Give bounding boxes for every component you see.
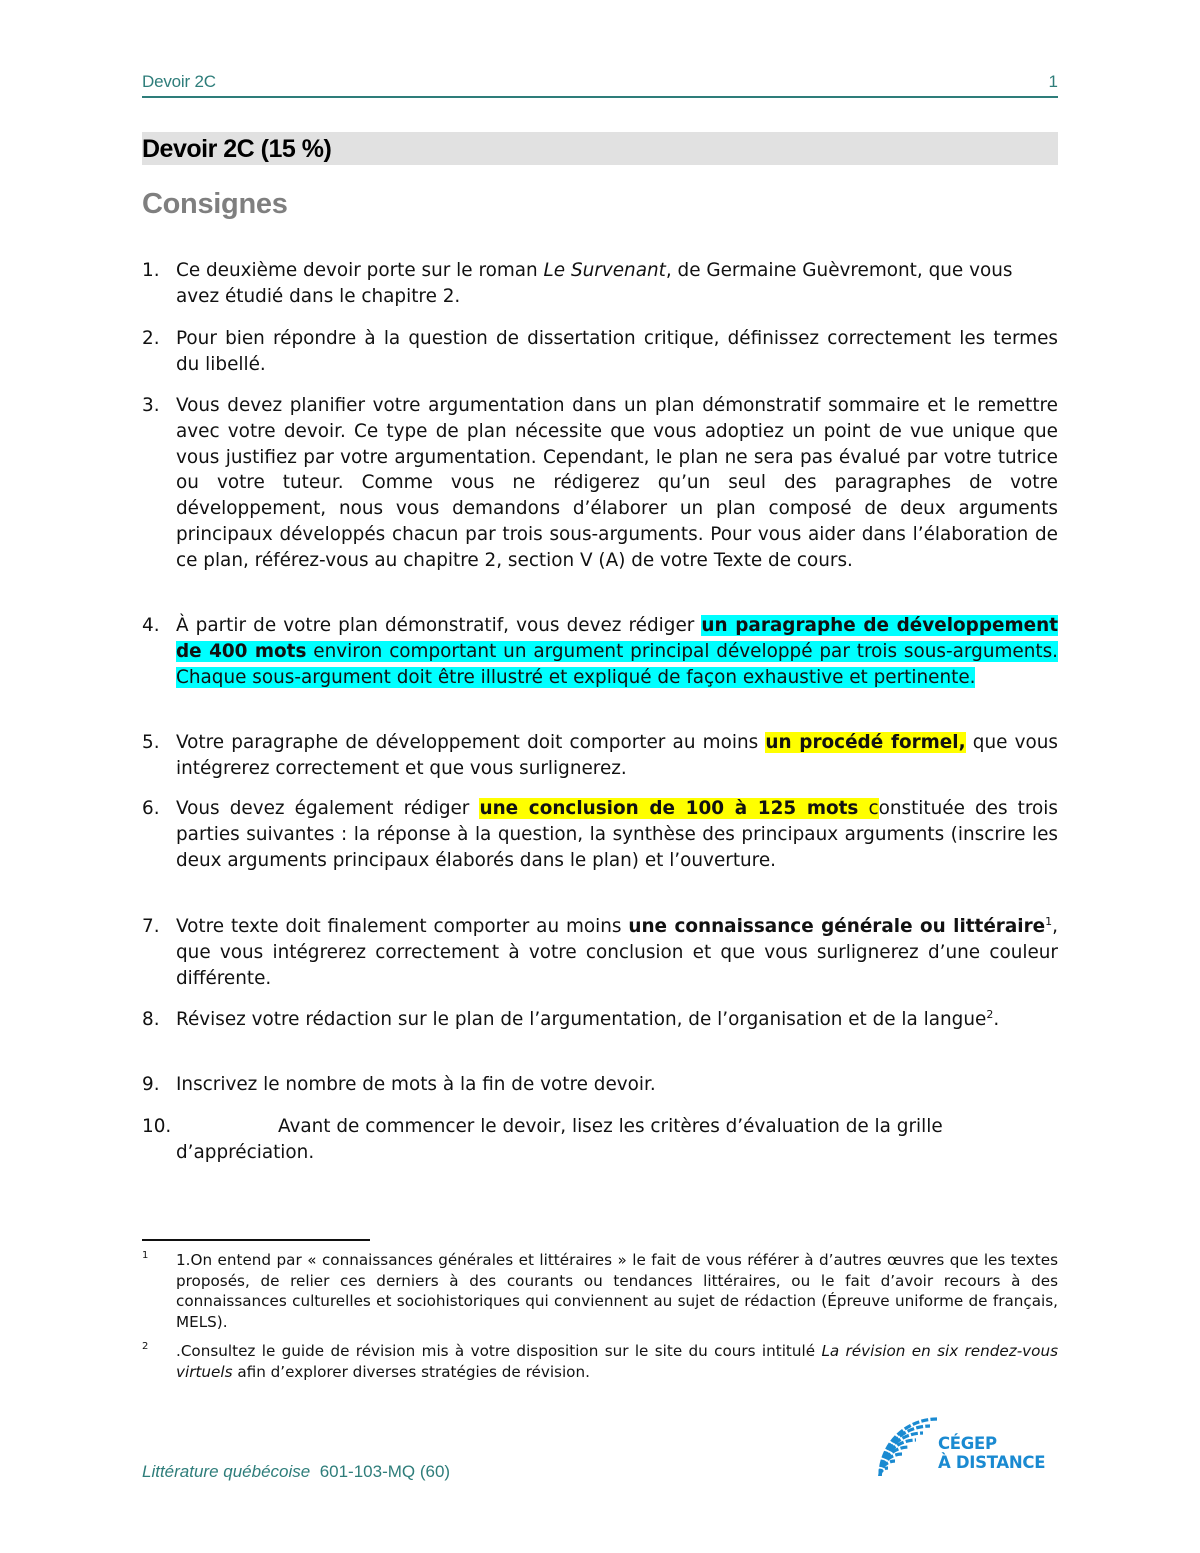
item-number: 1. [142, 258, 160, 284]
item-text: Votre texte doit finalement comporter au… [176, 914, 1058, 991]
item-number: 2. [142, 326, 160, 352]
section-title: Consignes [142, 188, 288, 221]
item-number: 10. [142, 1114, 171, 1140]
highlight-yellow-bold: un procédé formel, [765, 732, 965, 753]
bold-phrase: une connaissance générale ou littéraire [628, 916, 1045, 937]
course-code: 601-103-MQ (60) [320, 1462, 450, 1481]
item-text: Révisez votre rédaction sur le plan de l… [176, 1007, 1058, 1033]
course-name: Littérature québécoise [142, 1462, 310, 1481]
cegep-a-distance-logo: CÉGEP À DISTANCE [878, 1412, 1058, 1480]
fingerprint-arcs-icon [878, 1412, 938, 1478]
logo-line-1: CÉGEP [938, 1434, 997, 1453]
page-number: 1 [1049, 72, 1058, 92]
item-text: Avant de commencer le devoir, lisez les … [278, 1114, 1058, 1140]
header-title: Devoir 2C [142, 72, 216, 92]
document-page: Devoir 2C 1 Devoir 2C (15 %) Consignes 1… [0, 0, 1200, 1553]
item-number: 3. [142, 393, 160, 419]
item-number: 8. [142, 1007, 160, 1033]
highlight-cyan: environ comportant un argument principal… [176, 641, 1058, 688]
item-text: Vous devez planifier votre argumentation… [176, 393, 1058, 574]
assignment-title: Devoir 2C (15 %) [142, 135, 331, 164]
footnote-text: .Consultez le guide de révision mis à vo… [176, 1341, 1058, 1382]
running-footer: Littérature québécoise 601-103-MQ (60) [142, 1462, 450, 1482]
item-text: Vous devez également rédiger une conclus… [176, 796, 1058, 873]
running-header: Devoir 2C 1 [142, 72, 1058, 98]
item-number: 6. [142, 796, 160, 822]
footnote-mark: 2 [142, 1337, 148, 1358]
item-text: Votre paragraphe de développement doit c… [176, 730, 1058, 782]
book-title: Le Survenant [544, 260, 666, 281]
footnote-separator [142, 1239, 370, 1241]
item-number: 9. [142, 1072, 160, 1098]
item-text: Pour bien répondre à la question de diss… [176, 326, 1058, 378]
item-text: Ce deuxième devoir porte sur le roman Le… [176, 258, 1058, 310]
item-text-continued: d’appréciation. [176, 1140, 1058, 1166]
logo-line-2: À DISTANCE [938, 1453, 1045, 1472]
assignment-heading-band: Devoir 2C (15 %) [142, 132, 1058, 165]
footnote-mark: 1 [142, 1246, 148, 1267]
item-text: Inscrivez le nombre de mots à la fin de … [176, 1072, 1058, 1098]
highlight-yellow-bold: une conclusion de 100 à 125 mots [479, 798, 858, 819]
footnote-text: 1.On entend par « connaissances générale… [176, 1250, 1058, 1332]
item-number: 5. [142, 730, 160, 756]
item-number: 4. [142, 613, 160, 639]
item-number: 7. [142, 914, 160, 940]
item-text: À partir de votre plan démonstratif, vou… [176, 613, 1058, 690]
